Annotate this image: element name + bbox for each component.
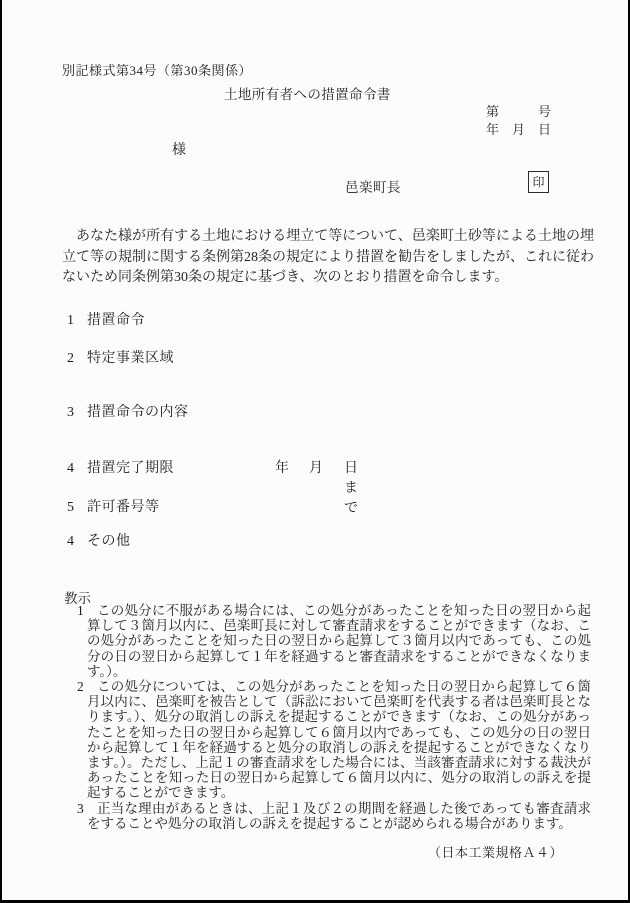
item-label: 措置命令の内容: [87, 405, 189, 420]
kyoji-item-2: 2この処分については、この処分があったことを知った日の翌日から起算して６箇月以内…: [87, 679, 591, 801]
item-row-3: 3措置命令の内容: [67, 401, 189, 421]
item-number: 4: [67, 461, 87, 477]
item-number: 4: [67, 534, 87, 550]
deadline-year-label: 年: [275, 457, 289, 477]
date-line: 年 月 日: [486, 121, 551, 139]
document-page: 別記様式第34号（第30条関係） 土地所有者への措置命令書 第 号 年 月 日 …: [0, 0, 630, 903]
kyoji-item-text: 正当な理由があるときは、上記１及び２の期間を経過した後であっても審査請求をするこ…: [87, 801, 591, 831]
kyoji-item-number: 1: [77, 603, 84, 618]
item-label: 措置命令: [87, 313, 145, 328]
kyoji-item-text: この処分に不服がある場合には、この処分があったことを知った日の翌日から起算して３…: [87, 603, 591, 679]
item-row-1: 1措置命令: [67, 309, 145, 329]
item-row-5: 5許可番号等: [67, 496, 160, 516]
body-paragraph: あなた様が所有する土地における埋立て等について、邑楽町土砂等による土地の埋立て等…: [62, 227, 594, 289]
paper-standard-note: （日本工業規格Ａ４）: [428, 842, 563, 861]
deadline-day-label: 日まで: [344, 457, 358, 517]
item-row-6: 4その他: [67, 530, 131, 550]
kyoji-item-3: 3正当な理由があるときは、上記１及び２の期間を経過した後であっても審査請求をする…: [87, 801, 591, 831]
form-number: 別記様式第34号（第30条関係）: [62, 60, 252, 79]
item-number: 2: [67, 351, 87, 367]
item-label: その他: [87, 534, 131, 549]
addressee-suffix: 様: [172, 139, 186, 159]
item-label: 許可番号等: [87, 500, 160, 515]
reference-block: 第 号 年 月 日: [486, 103, 551, 139]
item-number: 1: [67, 313, 87, 329]
item-number: 5: [67, 500, 87, 516]
item-label: 措置完了期限: [87, 461, 174, 476]
issuer-title: 邑楽町長: [345, 176, 401, 196]
deadline-month-label: 月: [309, 457, 323, 477]
kyoji-item-text: この処分については、この処分があったことを知った日の翌日から起算して６箇月以内に…: [87, 679, 591, 800]
page-title: 土地所有者への措置命令書: [224, 83, 391, 103]
item-row-2: 2特定事業区域: [67, 347, 174, 367]
item-row-4: 4措置完了期限 年 月 日まで: [67, 457, 174, 477]
kyoji-list: 1この処分に不服がある場合には、この処分があったことを知った日の翌日から起算して…: [87, 603, 591, 831]
kyoji-item-1: 1この処分に不服がある場合には、この処分があったことを知った日の翌日から起算して…: [87, 603, 591, 679]
item-number: 3: [67, 405, 87, 421]
doc-number-line: 第 号: [486, 103, 551, 121]
seal-mark: 印: [528, 171, 549, 193]
kyoji-item-number: 2: [77, 679, 84, 694]
kyoji-item-number: 3: [77, 801, 84, 816]
item-label: 特定事業区域: [87, 351, 174, 366]
